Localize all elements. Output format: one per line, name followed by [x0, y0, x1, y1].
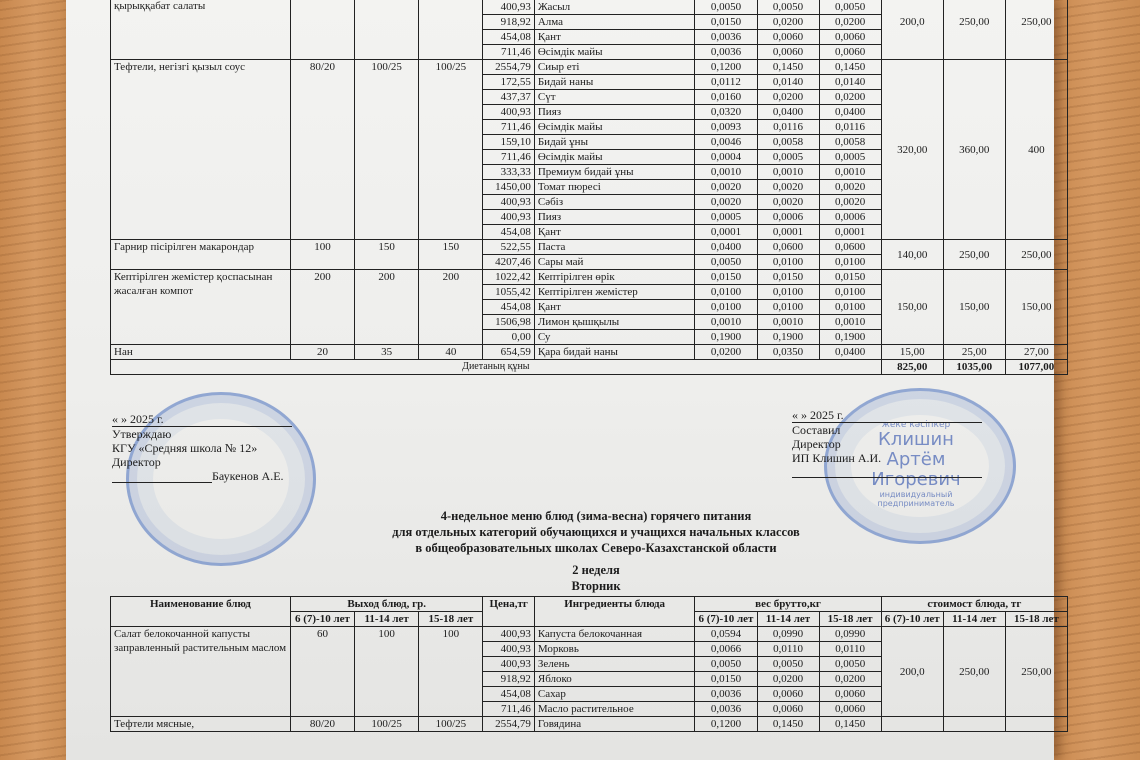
- ingredient-weight: 0,0060: [757, 702, 819, 717]
- table-row: Салат белокочанной капусты заправленный …: [111, 627, 1068, 642]
- dish-yield: 200: [419, 270, 483, 345]
- header-age: 6 (7)-10 лет: [881, 612, 943, 627]
- ingredient-weight: 0,0600: [819, 240, 881, 255]
- ingredient-weight: 0,0060: [757, 45, 819, 60]
- ingredient-weight: 0,0400: [819, 105, 881, 120]
- ingredient-weight: 0,0020: [757, 180, 819, 195]
- approval-signer: Баукенов А.Е.: [212, 469, 284, 483]
- ingredient-weight: 0,0100: [757, 300, 819, 315]
- approval-school: КГУ «Средняя школа № 12»: [112, 441, 292, 455]
- approval-block-right: « » 2025 г. Составил Директор ИП Клишин …: [792, 408, 982, 478]
- dish-yield: 100: [355, 627, 419, 717]
- ingredient-weight: 0,0990: [819, 627, 881, 642]
- table-row: Гарнир пісірілген макарондар100150150522…: [111, 240, 1068, 255]
- dish-cost: 250,00: [1005, 240, 1067, 270]
- dish-name: Гарнир пісірілген макарондар: [111, 240, 291, 270]
- ingredient-name: Говядина: [534, 717, 695, 732]
- table-row: Кептірілген жемістер қоспасынан жасалған…: [111, 270, 1068, 285]
- ingredient-weight: 0,0066: [695, 642, 757, 657]
- total-cost: 1035,00: [943, 360, 1005, 375]
- dish-cost: 400: [1005, 60, 1067, 240]
- dish-yield: 20: [290, 345, 354, 360]
- ingredient-weight: 0,0036: [695, 687, 757, 702]
- ingredient-price: 159,10: [483, 135, 534, 150]
- dish-cost: 150,00: [881, 270, 943, 345]
- ingredient-name: Жасыл: [534, 0, 695, 15]
- header-age: 11-14 лет: [355, 612, 419, 627]
- table-row: Тефтели, негізгі қызыл соус80/20100/2510…: [111, 60, 1068, 75]
- ingredient-price: 711,46: [483, 45, 534, 60]
- signature-line: [112, 469, 212, 483]
- ingredient-weight: 0,0001: [695, 225, 757, 240]
- ingredient-weight: 0,0060: [819, 30, 881, 45]
- ingredient-weight: 0,0100: [695, 300, 757, 315]
- ingredient-weight: 0,0060: [819, 702, 881, 717]
- dish-cost: 150,00: [1005, 270, 1067, 345]
- ingredient-weight: 0,0200: [757, 672, 819, 687]
- ingredient-weight: 0,0060: [819, 687, 881, 702]
- ingredient-price: 918,92: [483, 15, 534, 30]
- ingredient-weight: 0,0010: [695, 165, 757, 180]
- ingredient-weight: 0,0150: [695, 15, 757, 30]
- ingredient-name: Морковь: [534, 642, 695, 657]
- ingredient-price: 454,08: [483, 225, 534, 240]
- dish-name: Тефтели мясные,: [111, 717, 291, 732]
- ingredient-name: Өсімдік майы: [534, 150, 695, 165]
- ingredient-price: 454,08: [483, 300, 534, 315]
- ingredient-weight: 0,0004: [695, 150, 757, 165]
- header-price: Цена,тг: [483, 597, 534, 627]
- ingredient-name: Яблоко: [534, 672, 695, 687]
- ingredient-weight: 0,0010: [819, 315, 881, 330]
- ingredient-weight: 0,0050: [757, 657, 819, 672]
- ingredient-price: 522,55: [483, 240, 534, 255]
- dish-cost: 250,00: [1005, 0, 1067, 60]
- ingredient-name: Лимон қышқылы: [534, 315, 695, 330]
- dish-yield: 200: [290, 270, 354, 345]
- ingredient-weight: 0,0058: [757, 135, 819, 150]
- header-ingredients: Ингредиенты блюда: [534, 597, 695, 627]
- dish-yield: 80/20: [290, 60, 354, 240]
- ingredient-weight: 0,0046: [695, 135, 757, 150]
- header-cost: стоимост блюда, тг: [881, 597, 1067, 612]
- dish-cost: 250,00: [943, 0, 1005, 60]
- ingredient-weight: 0,0200: [695, 345, 757, 360]
- dish-cost: 27,00: [1005, 345, 1067, 360]
- ingredient-weight: 0,0150: [819, 270, 881, 285]
- ingredient-name: Сиыр еті: [534, 60, 695, 75]
- ingredient-price: 1450,00: [483, 180, 534, 195]
- dish-yield: 100: [419, 0, 483, 60]
- ingredient-weight: 0,0036: [695, 30, 757, 45]
- ingredient-weight: 0,0058: [819, 135, 881, 150]
- ingredient-weight: 0,0320: [695, 105, 757, 120]
- dish-cost: 25,00: [943, 345, 1005, 360]
- dish-cost: 150,00: [943, 270, 1005, 345]
- ingredient-price: 400,93: [483, 105, 534, 120]
- dish-cost: 140,00: [881, 240, 943, 270]
- dish-cost: 320,00: [881, 60, 943, 240]
- ingredient-weight: 0,0200: [819, 672, 881, 687]
- ingredient-name: Томат пюресі: [534, 180, 695, 195]
- dish-name: Тефтели, негізгі қызыл соус: [111, 60, 291, 240]
- dish-yield: 35: [355, 345, 419, 360]
- dish-name: Салат белокочанной капусты заправленный …: [111, 627, 291, 717]
- ingredient-weight: 0,0160: [695, 90, 757, 105]
- dish-cost: 200,0: [881, 627, 943, 717]
- ingredient-name: Пияз: [534, 210, 695, 225]
- ingredient-weight: 0,0001: [757, 225, 819, 240]
- ingredient-name: Капуста белокочанная: [534, 627, 695, 642]
- ingredient-price: 400,93: [483, 210, 534, 225]
- signature-line: [792, 465, 982, 478]
- ingredient-name: Өсімдік майы: [534, 120, 695, 135]
- approval-position: Директор: [112, 455, 292, 469]
- table-row: Нан203540654,59Қара бидай наны0,02000,03…: [111, 345, 1068, 360]
- ingredient-weight: 0,1900: [695, 330, 757, 345]
- ingredient-weight: 0,0060: [757, 687, 819, 702]
- ingredient-weight: 0,0400: [757, 105, 819, 120]
- ingredient-price: 400,93: [483, 657, 534, 672]
- ingredient-weight: 0,0116: [819, 120, 881, 135]
- dish-cost: 250,00: [943, 627, 1005, 717]
- dish-yield: 100/25: [419, 60, 483, 240]
- ingredient-price: 333,33: [483, 165, 534, 180]
- ingredient-price: 711,46: [483, 702, 534, 717]
- ingredient-price: 711,46: [483, 120, 534, 135]
- dish-cost: 360,00: [943, 60, 1005, 240]
- total-label: Диетаның құны: [111, 360, 882, 375]
- ingredient-weight: 0,0005: [757, 150, 819, 165]
- ingredient-weight: 0,0600: [757, 240, 819, 255]
- ingredient-name: Сәбіз: [534, 195, 695, 210]
- ingredient-name: Кептірілген өрік: [534, 270, 695, 285]
- header-age: 6 (7)-10 лет: [695, 612, 757, 627]
- ingredient-price: 711,46: [483, 150, 534, 165]
- compiled-signer: ИП Клишин А.И.: [792, 451, 982, 465]
- dish-yield: 60: [290, 627, 354, 717]
- ingredient-weight: 0,0005: [819, 150, 881, 165]
- ingredient-weight: 0,0140: [819, 75, 881, 90]
- dish-cost: 250,00: [1005, 627, 1067, 717]
- dish-yield: 150: [355, 240, 419, 270]
- ingredient-price: 654,59: [483, 345, 534, 360]
- dish-yield: 100: [419, 627, 483, 717]
- ingredient-weight: 0,0010: [819, 165, 881, 180]
- dish-name: Өсімдік майы қосылған ақ қырыққабат сала…: [111, 0, 291, 60]
- ingredient-weight: 0,0060: [819, 45, 881, 60]
- compiled-position: Директор: [792, 437, 982, 451]
- dish-yield: 60: [290, 0, 354, 60]
- dish-yield: 100/25: [419, 717, 483, 732]
- dish-yield: 150: [419, 240, 483, 270]
- ingredient-weight: 0,0020: [819, 180, 881, 195]
- ingredient-weight: 0,1200: [695, 60, 757, 75]
- ingredient-name: Сүт: [534, 90, 695, 105]
- ingredient-weight: 0,0100: [757, 285, 819, 300]
- ingredient-weight: 0,0350: [757, 345, 819, 360]
- dish-name: Нан: [111, 345, 291, 360]
- ingredient-weight: 0,0010: [757, 165, 819, 180]
- dish-cost: [1005, 717, 1067, 732]
- ingredient-weight: 0,0020: [695, 180, 757, 195]
- menu-document-page: Өсімдік майы қосылған ақ қырыққабат сала…: [66, 0, 1054, 760]
- dish-yield: 100/25: [355, 60, 419, 240]
- ingredient-weight: 0,0050: [819, 0, 881, 15]
- ingredient-weight: 0,0036: [695, 45, 757, 60]
- header-weight: вес брутто,кг: [695, 597, 881, 612]
- ingredient-name: Су: [534, 330, 695, 345]
- ingredient-name: Масло растительное: [534, 702, 695, 717]
- ingredient-name: Өсімдік майы: [534, 45, 695, 60]
- kazakh-menu-table: Өсімдік майы қосылған ақ қырыққабат сала…: [110, 0, 1068, 375]
- dish-cost: [881, 717, 943, 732]
- ingredient-weight: 0,1450: [819, 717, 881, 732]
- ingredient-name: Зелень: [534, 657, 695, 672]
- ingredient-weight: 0,0050: [819, 657, 881, 672]
- total-cost: 825,00: [881, 360, 943, 375]
- ingredient-weight: 0,0140: [757, 75, 819, 90]
- ingredient-weight: 0,0050: [695, 0, 757, 15]
- dish-yield: 100/25: [355, 717, 419, 732]
- ingredient-price: 918,92: [483, 672, 534, 687]
- ingredient-name: Сахар: [534, 687, 695, 702]
- ingredient-price: 0,00: [483, 330, 534, 345]
- compiled-line-1: Составил: [792, 423, 982, 437]
- ingredient-weight: 0,1900: [757, 330, 819, 345]
- ingredient-price: 2554,79: [483, 717, 534, 732]
- ingredient-weight: 0,0110: [757, 642, 819, 657]
- dish-cost: [943, 717, 1005, 732]
- ingredient-name: Қант: [534, 300, 695, 315]
- dish-yield: 80/20: [290, 717, 354, 732]
- ingredient-weight: 0,0400: [819, 345, 881, 360]
- ingredient-weight: 0,0594: [695, 627, 757, 642]
- ingredient-weight: 0,0006: [819, 210, 881, 225]
- header-age: 15-18 лет: [819, 612, 881, 627]
- ingredient-name: Бидай ұны: [534, 135, 695, 150]
- ingredient-weight: 0,1900: [819, 330, 881, 345]
- approval-date: « » 2025 г.: [112, 412, 292, 427]
- ingredient-weight: 0,0990: [757, 627, 819, 642]
- dish-yield: 100: [290, 240, 354, 270]
- ingredient-weight: 0,0200: [819, 15, 881, 30]
- ingredient-weight: 0,1450: [757, 60, 819, 75]
- ingredient-price: 454,08: [483, 30, 534, 45]
- ingredient-name: Қара бидай наны: [534, 345, 695, 360]
- ingredient-weight: 0,0150: [695, 270, 757, 285]
- compiled-date: « » 2025 г.: [792, 408, 982, 423]
- dish-cost: 200,0: [881, 0, 943, 60]
- header-age: 11-14 лет: [943, 612, 1005, 627]
- header-row: Наименование блюдВыход блюд, гр.Цена,тгИ…: [111, 597, 1068, 612]
- ingredient-name: Сары май: [534, 255, 695, 270]
- ingredient-name: Бидай наны: [534, 75, 695, 90]
- ingredient-weight: 0,0100: [695, 285, 757, 300]
- ingredient-price: 1055,42: [483, 285, 534, 300]
- dish-yield: 100: [355, 0, 419, 60]
- ingredient-price: 4207,46: [483, 255, 534, 270]
- ingredient-weight: 0,0001: [819, 225, 881, 240]
- total-cost: 1077,00: [1005, 360, 1067, 375]
- ingredient-weight: 0,0200: [757, 90, 819, 105]
- wooden-table-left: [0, 0, 70, 760]
- header-age: 11-14 лет: [757, 612, 819, 627]
- ingredient-name: Алма: [534, 15, 695, 30]
- ingredient-weight: 0,0150: [757, 270, 819, 285]
- dish-cost: 15,00: [881, 345, 943, 360]
- ingredient-weight: 0,1200: [695, 717, 757, 732]
- header-dish: Наименование блюд: [111, 597, 291, 627]
- ingredient-weight: 0,0150: [695, 672, 757, 687]
- ingredient-name: Кептірілген жемістер: [534, 285, 695, 300]
- table-row: Тефтели мясные,80/20100/25100/252554,79Г…: [111, 717, 1068, 732]
- ingredient-weight: 0,0100: [819, 285, 881, 300]
- ingredient-weight: 0,0093: [695, 120, 757, 135]
- dish-name: Кептірілген жемістер қоспасынан жасалған…: [111, 270, 291, 345]
- ingredient-weight: 0,0100: [819, 255, 881, 270]
- approval-line-1: Утверждаю: [112, 427, 292, 441]
- ingredient-price: 400,93: [483, 195, 534, 210]
- ingredient-weight: 0,0060: [757, 30, 819, 45]
- ingredient-weight: 0,0050: [695, 255, 757, 270]
- header-yield: Выход блюд, гр.: [290, 597, 483, 612]
- ingredient-weight: 0,1450: [757, 717, 819, 732]
- dish-yield: 200: [355, 270, 419, 345]
- ingredient-weight: 0,0005: [695, 210, 757, 225]
- ingredient-weight: 0,0006: [757, 210, 819, 225]
- document-heading: 4-недельное меню блюд (зима-весна) горяч…: [246, 508, 946, 594]
- approval-block-left: « » 2025 г. Утверждаю КГУ «Средняя школа…: [112, 412, 292, 483]
- dish-cost: 250,00: [943, 240, 1005, 270]
- ingredient-weight: 0,0110: [819, 642, 881, 657]
- dish-yield: 40: [419, 345, 483, 360]
- ingredient-price: 437,37: [483, 90, 534, 105]
- header-age: 15-18 лет: [1005, 612, 1067, 627]
- ingredient-price: 454,08: [483, 687, 534, 702]
- ingredient-weight: 0,0116: [757, 120, 819, 135]
- ingredient-price: 1506,98: [483, 315, 534, 330]
- ingredient-price: 400,93: [483, 627, 534, 642]
- ingredient-weight: 0,0100: [757, 255, 819, 270]
- ingredient-name: Қант: [534, 30, 695, 45]
- ingredient-weight: 0,0112: [695, 75, 757, 90]
- ingredient-price: 1022,42: [483, 270, 534, 285]
- ingredient-price: 172,55: [483, 75, 534, 90]
- ingredient-weight: 0,0010: [757, 315, 819, 330]
- ingredient-price: 400,93: [483, 642, 534, 657]
- ingredient-weight: 0,0400: [695, 240, 757, 255]
- ingredient-weight: 0,0200: [819, 90, 881, 105]
- ingredient-weight: 0,0020: [819, 195, 881, 210]
- header-age: 6 (7)-10 лет: [290, 612, 354, 627]
- ingredient-weight: 0,1450: [819, 60, 881, 75]
- ingredient-weight: 0,0010: [695, 315, 757, 330]
- ingredient-name: Қант: [534, 225, 695, 240]
- ingredient-weight: 0,0050: [695, 657, 757, 672]
- ingredient-weight: 0,0050: [757, 0, 819, 15]
- header-age: 15-18 лет: [419, 612, 483, 627]
- total-row: Диетаның құны825,001035,001077,00: [111, 360, 1068, 375]
- ingredient-name: Паста: [534, 240, 695, 255]
- ingredient-weight: 0,0020: [757, 195, 819, 210]
- russian-menu-table: Наименование блюдВыход блюд, гр.Цена,тгИ…: [110, 596, 1068, 732]
- ingredient-weight: 0,0020: [695, 195, 757, 210]
- ingredient-name: Премиум бидай ұны: [534, 165, 695, 180]
- ingredient-weight: 0,0200: [757, 15, 819, 30]
- ingredient-weight: 0,0036: [695, 702, 757, 717]
- ingredient-price: 400,93: [483, 0, 534, 15]
- ingredient-price: 2554,79: [483, 60, 534, 75]
- ingredient-name: Пияз: [534, 105, 695, 120]
- ingredient-weight: 0,0100: [819, 300, 881, 315]
